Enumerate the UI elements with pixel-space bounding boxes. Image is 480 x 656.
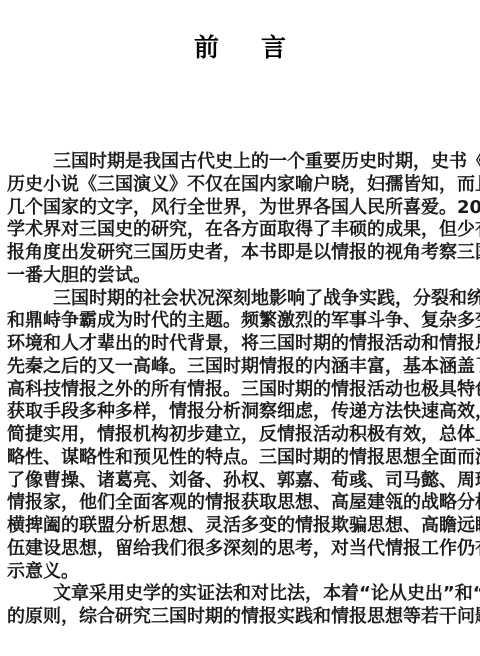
text-line: 环境和人才辈出的时代背景，将三国时期的情报活动和情报思想推向 (7, 333, 473, 356)
text-line: 略性、谋略性和预见性的特点。三国时期的情报思想全面而深远，产生 (7, 447, 473, 470)
text-line: 学术界对三国史的研究，在各方面取得了丰硕的成果，但少有从军事情 (7, 219, 473, 242)
page-title: 前言 (0, 28, 480, 64)
text-line: 和鼎峙争霸成为时代的主题。频繁激烈的军事斗争、复杂多变的战略 (7, 310, 473, 333)
text-line: 三国时期是我国古代史上的一个重要历史时期，史书《三国志》和 (7, 151, 473, 174)
text-line: 伍建设思想，留给我们很多深刻的思考，对当代情报工作仍有重要的启 (7, 538, 473, 561)
text-line: 一番大胆的尝试。 (7, 265, 473, 288)
text-line: 了像曹操、诸葛亮、刘备、孙权、郭嘉、荀彧、司马懿、周瑜等流芳后世的 (7, 470, 473, 493)
text-line: 获取手段多种多样，情报分析洞察细虑，传递方法快速高效，情报技术 (7, 401, 473, 424)
text-line: 几个国家的文字，风行全世界，为世界各国人民所喜爱。20 世纪以来， (7, 197, 473, 220)
text-line: 三国时期的社会状况深刻地影响了战争实践，分裂和统一的战争 (7, 288, 473, 311)
title-char-2: 言 (261, 33, 328, 62)
text-line: 横捭阖的联盟分析思想、灵活多变的情报欺骗思想、高瞻远瞩的情报队 (7, 515, 473, 538)
text-line: 高科技情报之外的所有情报。三国时期的情报活动也极具特色，侦察 (7, 379, 473, 402)
text-line: 历史小说《三国演义》不仅在国内家喻户晓，妇孺皆知，而且被翻译成十 (7, 174, 473, 197)
text-line: 文章采用史学的实证法和对比法，本着“论从史出”和“史论结合” (7, 583, 473, 606)
preface-body: 三国时期是我国古代史上的一个重要历史时期，史书《三国志》和 历史小说《三国演义》… (7, 151, 473, 629)
text-line: 的原则，综合研究三国时期的情报实践和情报思想等若干问题。全文 (7, 606, 473, 629)
text-line: 先秦之后的又一高峰。三国时期情报的内涵丰富，基本涵盖了现代除 (7, 356, 473, 379)
text-line: 示意义。 (7, 561, 473, 584)
text-line: 简捷实用，情报机构初步建立，反情报活动积极有效，总体上呈现出战 (7, 424, 473, 447)
text-line: 情报家，他们全面客观的情报获取思想、高屋建瓴的战略分析思想、纵 (7, 492, 473, 515)
title-char-1: 前 (194, 33, 261, 62)
text-line: 报角度出发研究三国历史者，本书即是以情报的视角考察三国历史，作 (7, 242, 473, 265)
